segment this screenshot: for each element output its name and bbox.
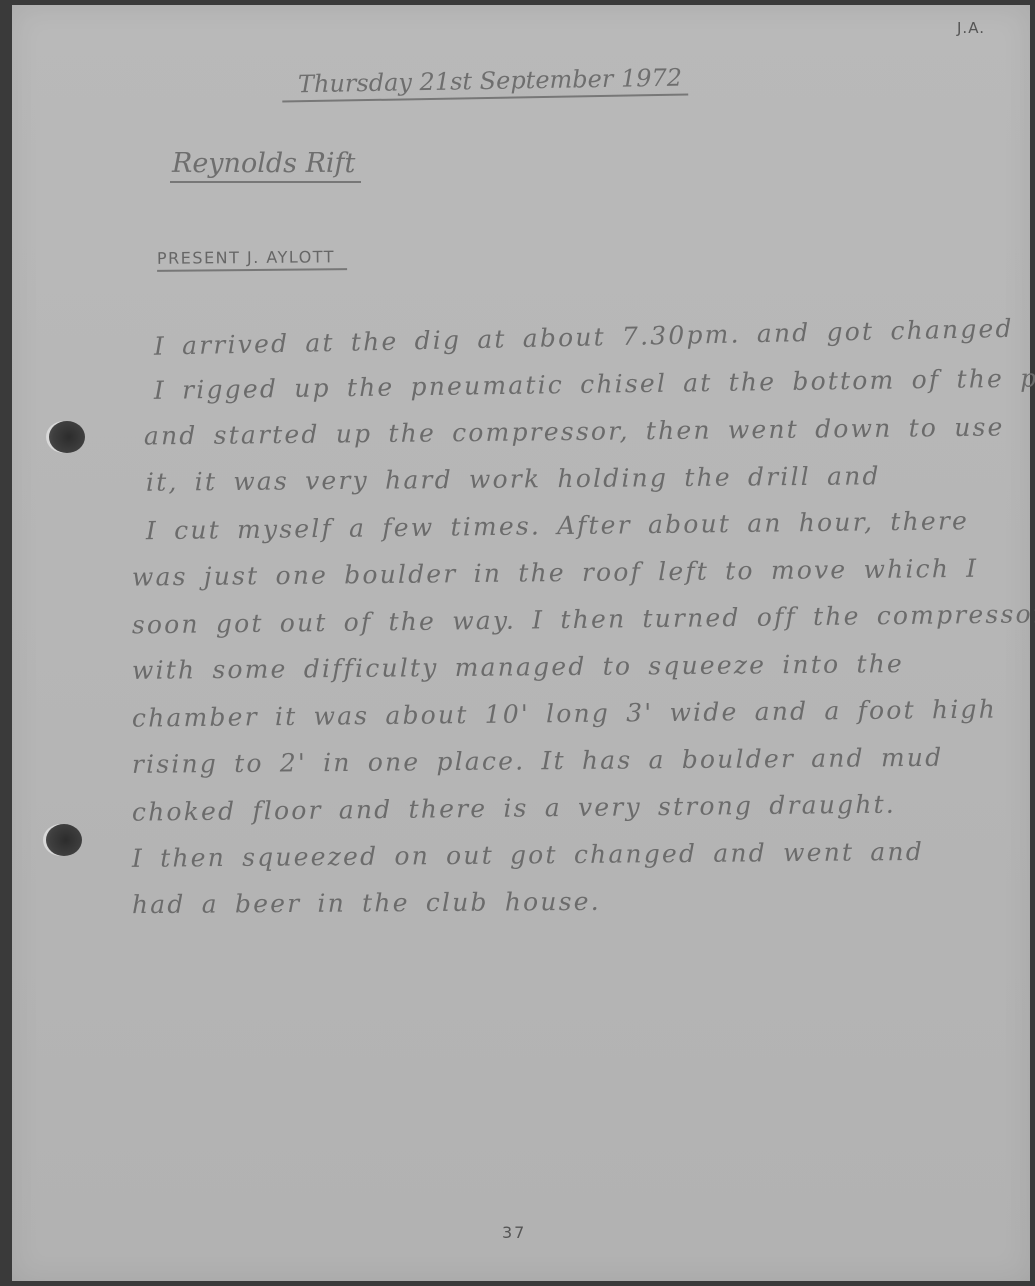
body-line: with some difficulty managed to squeeze …	[132, 648, 1012, 703]
body-line: rising to 2' in one place. It has a boul…	[132, 742, 1012, 797]
punch-hole-top	[49, 421, 85, 453]
body-line: I then squeezed on out got changed and w…	[132, 836, 1012, 891]
cave-title: Reynolds Rift	[170, 148, 361, 183]
body-line: chamber it was about 10' long 3' wide an…	[132, 694, 1012, 750]
present-line: PRESENT J. AYLOTT	[157, 247, 347, 272]
body-line: had a beer in the club house.	[132, 884, 1012, 937]
notebook-page: J.A. Thursday 21st September 1972 Reynol…	[12, 5, 1030, 1281]
body-line: and started up the compressor, then went…	[132, 412, 1012, 468]
body-line: choked floor and there is a very strong …	[132, 788, 1012, 844]
author-initials: J.A.	[957, 19, 985, 37]
log-entry-body: I arrived at the dig at about 7.30pm. an…	[132, 323, 1012, 934]
punch-hole-bottom	[46, 824, 82, 856]
page-number: 37	[502, 1223, 526, 1242]
date-heading: Thursday 21st September 1972	[282, 63, 689, 102]
